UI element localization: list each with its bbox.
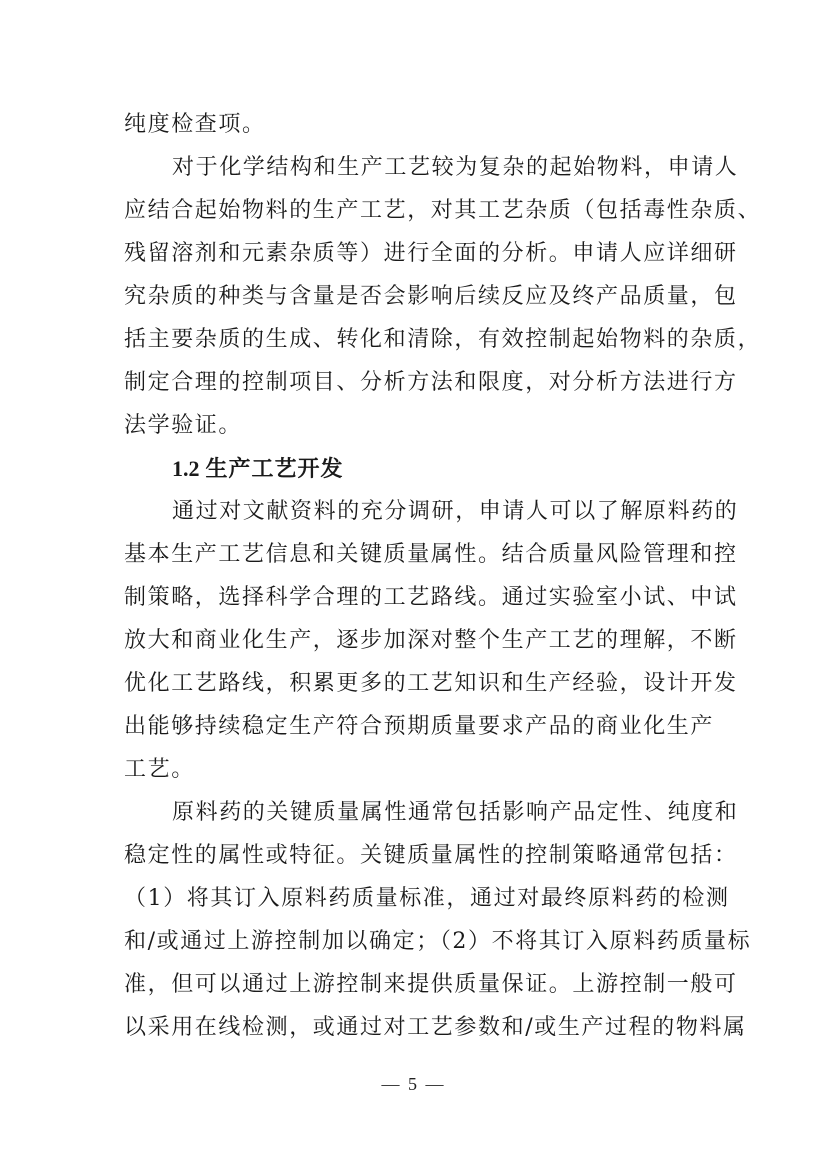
paragraph-line: 应结合起始物料的生产工艺，对其工艺杂质（包括毒性杂质、 bbox=[124, 189, 705, 232]
paragraph-line: 优化工艺路线，积累更多的工艺知识和生产经验，设计开发 bbox=[124, 662, 705, 705]
paragraph-line: 放大和商业化生产，逐步加深对整个生产工艺的理解，不断 bbox=[124, 619, 705, 662]
paragraph-line: 出能够持续稳定生产符合预期质量要求产品的商业化生产 bbox=[124, 705, 705, 748]
page-number: — 5 — bbox=[0, 1074, 827, 1095]
paragraph-line: 基本生产工艺信息和关键质量属性。结合质量风险管理和控 bbox=[124, 533, 705, 576]
section-heading: 1.2生产工艺开发 bbox=[124, 447, 705, 490]
document-page: 纯度检查项。 对于化学结构和生产工艺较为复杂的起始物料，申请人 应结合起始物料的… bbox=[0, 0, 827, 1170]
paragraph-line: （1）将其订入原料药质量标准，通过对最终原料药的检测 bbox=[124, 877, 705, 920]
paragraph-line: 残留溶剂和元素杂质等）进行全面的分析。申请人应详细研 bbox=[124, 232, 705, 275]
paragraph-line: 法学验证。 bbox=[124, 404, 705, 447]
paragraph-line: 对于化学结构和生产工艺较为复杂的起始物料，申请人 bbox=[124, 146, 705, 189]
paragraph-line: 纯度检查项。 bbox=[124, 103, 705, 146]
paragraph-line: 稳定性的属性或特征。关键质量属性的控制策略通常包括： bbox=[124, 834, 705, 877]
document-body: 纯度检查项。 对于化学结构和生产工艺较为复杂的起始物料，申请人 应结合起始物料的… bbox=[124, 103, 705, 1049]
paragraph-line: 以采用在线检测，或通过对工艺参数和/或生产过程的物料属 bbox=[124, 1006, 705, 1049]
section-title: 生产工艺开发 bbox=[206, 456, 344, 482]
paragraph-line: 工艺。 bbox=[124, 748, 705, 791]
paragraph-line: 通过对文献资料的充分调研，申请人可以了解原料药的 bbox=[124, 490, 705, 533]
paragraph-line: 原料药的关键质量属性通常包括影响产品定性、纯度和 bbox=[124, 791, 705, 834]
paragraph-line: 究杂质的种类与含量是否会影响后续反应及终产品质量，包 bbox=[124, 275, 705, 318]
paragraph-line: 准，但可以通过上游控制来提供质量保证。上游控制一般可 bbox=[124, 963, 705, 1006]
paragraph-line: 括主要杂质的生成、转化和清除，有效控制起始物料的杂质， bbox=[124, 318, 705, 361]
paragraph-line: 制策略，选择科学合理的工艺路线。通过实验室小试、中试 bbox=[124, 576, 705, 619]
paragraph-line: 和/或通过上游控制加以确定；（2）不将其订入原料药质量标 bbox=[124, 920, 705, 963]
paragraph-line: 制定合理的控制项目、分析方法和限度，对分析方法进行方 bbox=[124, 361, 705, 404]
section-number: 1.2 bbox=[172, 456, 200, 481]
